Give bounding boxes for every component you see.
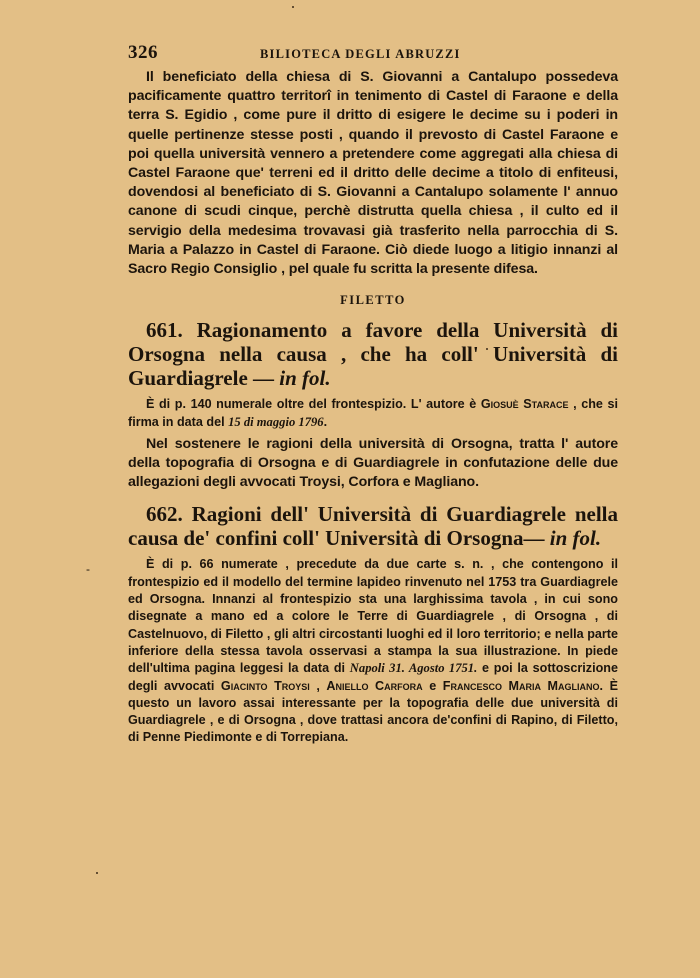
entry-format: in fol. xyxy=(279,366,330,390)
paper-speck xyxy=(292,6,294,8)
note-date: 15 di maggio 1796 xyxy=(228,415,324,429)
note-text: e xyxy=(423,679,443,693)
note-text: . xyxy=(324,415,328,429)
author-name: Giosuè Starace xyxy=(481,397,569,411)
entry-title: 661. Ragionamento a favore della Univers… xyxy=(128,318,618,390)
entry-body: Nel sostenere le ragioni della universit… xyxy=(128,435,618,493)
section-heading: FILETTO xyxy=(128,293,618,308)
entry-number: 661. xyxy=(146,318,183,342)
entry-662: 662. Ragioni dell' Università di Guardia… xyxy=(128,502,618,746)
entry-format: in fol. xyxy=(550,526,601,550)
intro-paragraph: Il beneficiato della chiesa di S. Giovan… xyxy=(128,68,618,279)
paper-speck xyxy=(96,872,98,874)
entry-number: 662. xyxy=(146,502,183,526)
book-page: 326 BILIOTECA DEGLI ABRUZZI Il beneficia… xyxy=(128,40,618,747)
page-number: 326 xyxy=(128,42,158,64)
running-title: BILIOTECA DEGLI ABRUZZI xyxy=(260,47,461,62)
entry-title: 662. Ragioni dell' Università di Guardia… xyxy=(128,502,618,550)
entry-title-text: Ragionamento a favore della Università d… xyxy=(128,318,618,390)
note-text: È di p. 140 numerale oltre del frontespi… xyxy=(146,397,481,411)
author-name: Francesco Maria Magliano xyxy=(443,679,600,693)
note-text: , xyxy=(310,679,327,693)
entry-title-text: Ragioni dell' Università di Guardiagrele… xyxy=(128,502,618,550)
entry-661: 661. Ragionamento a favore della Univers… xyxy=(128,318,618,492)
paper-speck xyxy=(486,348,488,350)
note-date: Napoli 31. Agosto 1751. xyxy=(350,661,477,675)
entry-note: È di p. 66 numerate , precedute da due c… xyxy=(128,556,618,746)
author-name: Aniello Carfora xyxy=(326,679,422,693)
note-text: È di p. 66 numerate , precedute da due c… xyxy=(128,557,618,675)
page-header: 326 BILIOTECA DEGLI ABRUZZI xyxy=(128,40,618,68)
author-name: Giacinto Troysi xyxy=(221,679,310,693)
margin-mark: - xyxy=(86,562,90,576)
entry-note: È di p. 140 numerale oltre del frontespi… xyxy=(128,396,618,431)
